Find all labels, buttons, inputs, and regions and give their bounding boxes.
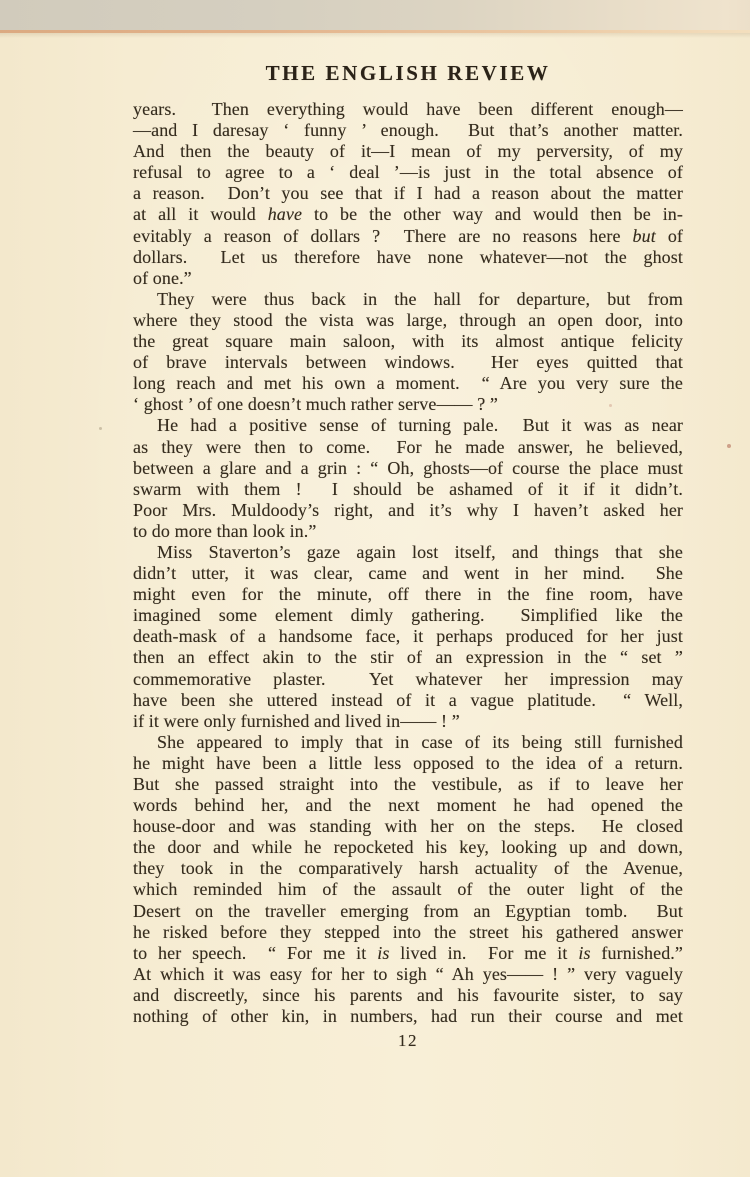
text-line: —and I daresay ‘ funny ’ enough. But tha… (133, 120, 683, 141)
text-line: have been she uttered instead of it a va… (133, 690, 683, 711)
text-line: evitably a reason of dollars ? There are… (133, 226, 683, 247)
text-line: But she passed straight into the vestibu… (133, 774, 683, 795)
text-line: and discreetly, since his parents and hi… (133, 985, 683, 1006)
text-line: And then the beauty of it—I mean of my p… (133, 141, 683, 162)
text-line: he risked before they stepped into the s… (133, 922, 683, 943)
paragraph: Miss Staverton’s gaze again lost itself,… (133, 542, 683, 732)
scan-speck (609, 404, 612, 407)
text-line: house-door and was standing with her on … (133, 816, 683, 837)
text-line: to her speech. “ For me it is lived in. … (133, 943, 683, 964)
text-line: as they were then to come. For he made a… (133, 437, 683, 458)
scan-speck (727, 444, 731, 448)
text-line: of one.” (133, 268, 683, 289)
text-line: imagined some element dimly gathering. S… (133, 605, 683, 626)
paragraph: They were thus back in the hall for depa… (133, 289, 683, 416)
text-line: between a glare and a grin : “ Oh, ghost… (133, 458, 683, 479)
text-line: They were thus back in the hall for depa… (133, 289, 683, 310)
text-line: where they stood the vista was large, th… (133, 310, 683, 331)
text-line: commemorative plaster. Yet whatever her … (133, 669, 683, 690)
text-line: a reason. Don’t you see that if I had a … (133, 183, 683, 204)
text-line: dollars. Let us therefore have none what… (133, 247, 683, 268)
page-number: 12 (133, 1031, 683, 1051)
text-line: ‘ ghost ’ of one doesn’t much rather ser… (133, 394, 683, 415)
text-line: then an effect akin to the stir of an ex… (133, 647, 683, 668)
paragraph: She appeared to imply that in case of it… (133, 732, 683, 1027)
text-line: which reminded him of the assault of the… (133, 879, 683, 900)
text-line: of brave intervals between windows. Her … (133, 352, 683, 373)
text-line: He had a positive sense of turning pale.… (133, 415, 683, 436)
scan-speck (99, 427, 102, 430)
text-line: death-mask of a handsome face, it perhap… (133, 626, 683, 647)
text-line: at all it would have to be the other way… (133, 204, 683, 225)
book-page: THE ENGLISH REVIEW years. Then everythin… (0, 0, 750, 1177)
paragraph: He had a positive sense of turning pale.… (133, 415, 683, 542)
text-line: the great square main saloon, with its a… (133, 331, 683, 352)
scan-top-edge (0, 0, 750, 30)
text-line: the door and while he repocketed his key… (133, 837, 683, 858)
text-line: Desert on the traveller emerging from an… (133, 901, 683, 922)
text-line: they took in the comparatively harsh act… (133, 858, 683, 879)
text-line: words behind her, and the next moment he… (133, 795, 683, 816)
text-line: long reach and met his own a moment. “ A… (133, 373, 683, 394)
text-line: At which it was easy for her to sigh “ A… (133, 964, 683, 985)
text-line: She appeared to imply that in case of it… (133, 732, 683, 753)
text-line: if it were only furnished and lived in——… (133, 711, 683, 732)
text-line: he might have been a little less opposed… (133, 753, 683, 774)
text-line: swarm with them ! I should be ashamed of… (133, 479, 683, 500)
text-line: might even for the minute, off there in … (133, 584, 683, 605)
text-line: Miss Staverton’s gaze again lost itself,… (133, 542, 683, 563)
page-title: THE ENGLISH REVIEW (133, 61, 683, 86)
text-line: refusal to agree to a ‘ deal ’—is just i… (133, 162, 683, 183)
text-line: years. Then everything would have been d… (133, 99, 683, 120)
text-block: years. Then everything would have been d… (133, 99, 683, 1027)
text-line: nothing of other kin, in numbers, had ru… (133, 1006, 683, 1027)
text-line: to do more than look in.” (133, 521, 683, 542)
text-line: didn’t utter, it was clear, came and wen… (133, 563, 683, 584)
paragraph: years. Then everything would have been d… (133, 99, 683, 289)
text-line: Poor Mrs. Muldoody’s right, and it’s why… (133, 500, 683, 521)
